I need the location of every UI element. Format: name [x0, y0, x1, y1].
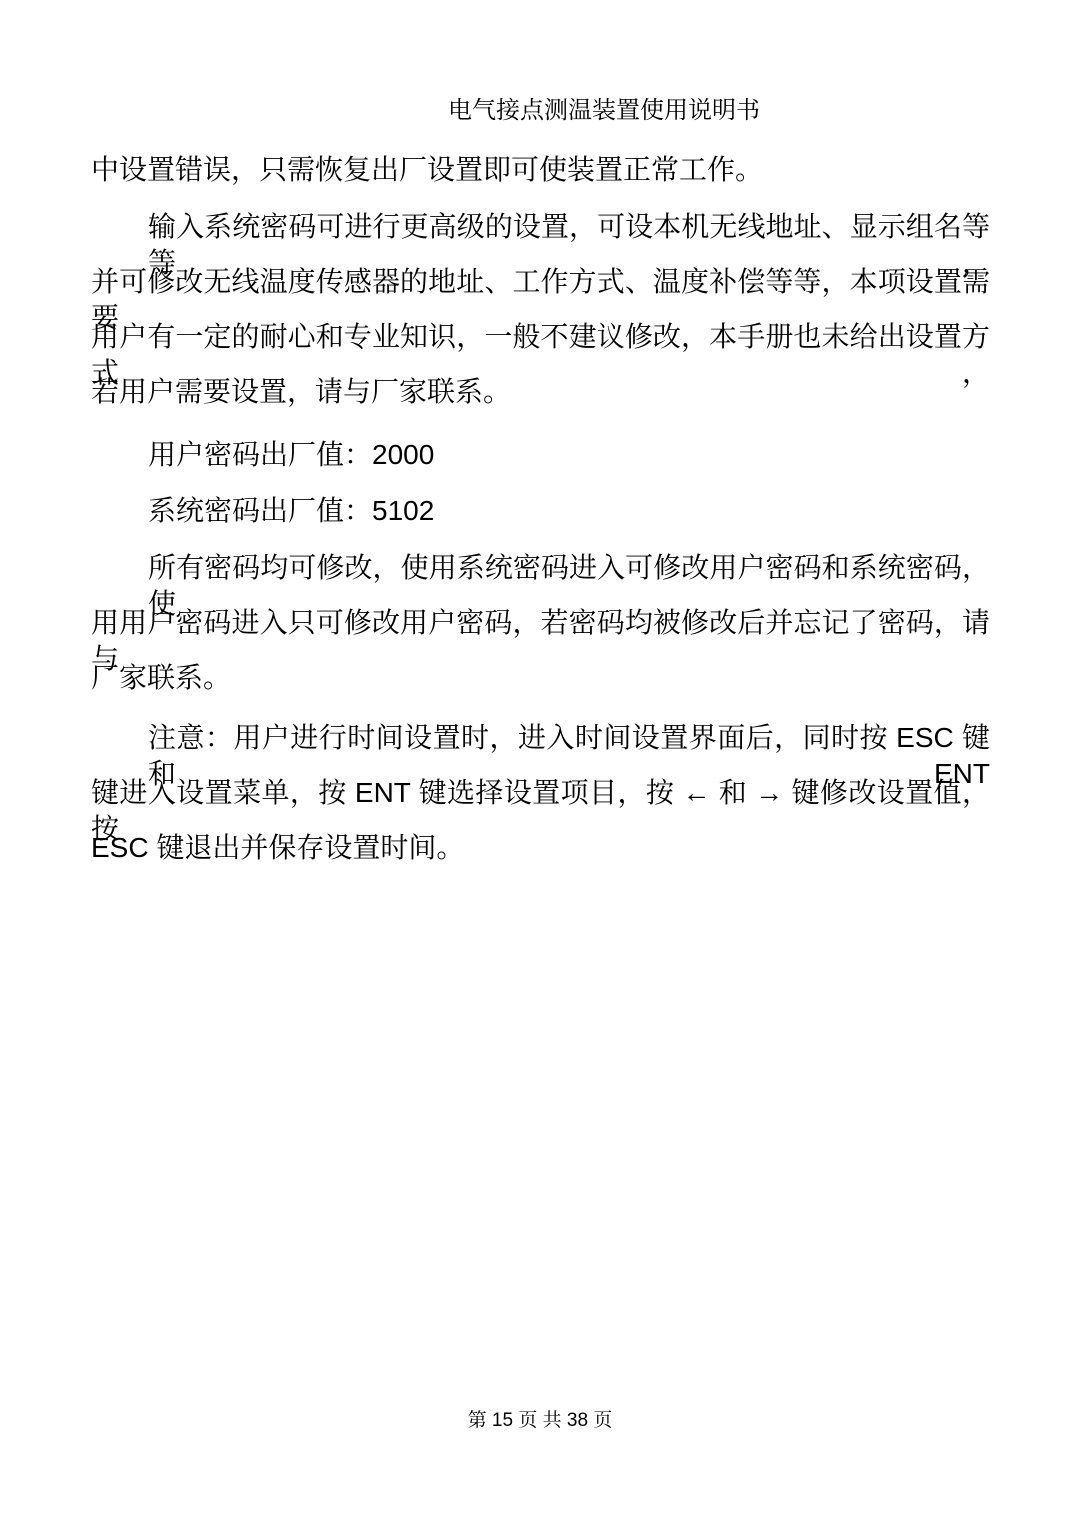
note-line: 键进入设置菜单，按 ENT 键选择设置项目，按 ← 和 → 键修改设置值，按 [91, 775, 990, 811]
system-password-default-line: 系统密码出厂值：5102 [91, 493, 990, 529]
page-number-label: 第 15 页 共 38 页 [0, 1408, 1080, 1434]
paragraph-line: 并可修改无线温度传感器的地址、工作方式、温度补偿等等，本项设置需要 [91, 264, 990, 300]
note-line: 注意：用户进行时间设置时，进入时间设置界面后，同时按 ESC 键和 ENT [91, 720, 990, 756]
paragraph-line: 中设置错误，只需恢复出厂设置即可使装置正常工作。 [91, 152, 990, 188]
paragraph-line: 所有密码均可修改，使用系统密码进入可修改用户密码和系统密码，使 [91, 550, 990, 586]
paragraph-line: 若用户需要设置，请与厂家联系。 [91, 374, 990, 410]
paragraph-line: 厂家联系。 [91, 660, 990, 696]
paragraph-line: 用用户密码进入只可修改用户密码，若密码均被修改后并忘记了密码，请与 [91, 605, 990, 641]
document-body: 中设置错误，只需恢复出厂设置即可使装置正常工作。 输入系统密码可进行更高级的设置… [91, 0, 990, 1527]
note-line: ESC 键退出并保存设置时间。 [91, 830, 990, 866]
document-page: 电气接点测温装置使用说明书 中设置错误，只需恢复出厂设置即可使装置正常工作。 输… [0, 0, 1080, 1527]
paragraph-line: 输入系统密码可进行更高级的设置，可设本机无线地址、显示组名等等， [91, 209, 990, 245]
paragraph-line: 用户有一定的耐心和专业知识，一般不建议修改，本手册也未给出设置方式， [91, 319, 990, 355]
user-password-default-line: 用户密码出厂值：2000 [91, 437, 990, 473]
